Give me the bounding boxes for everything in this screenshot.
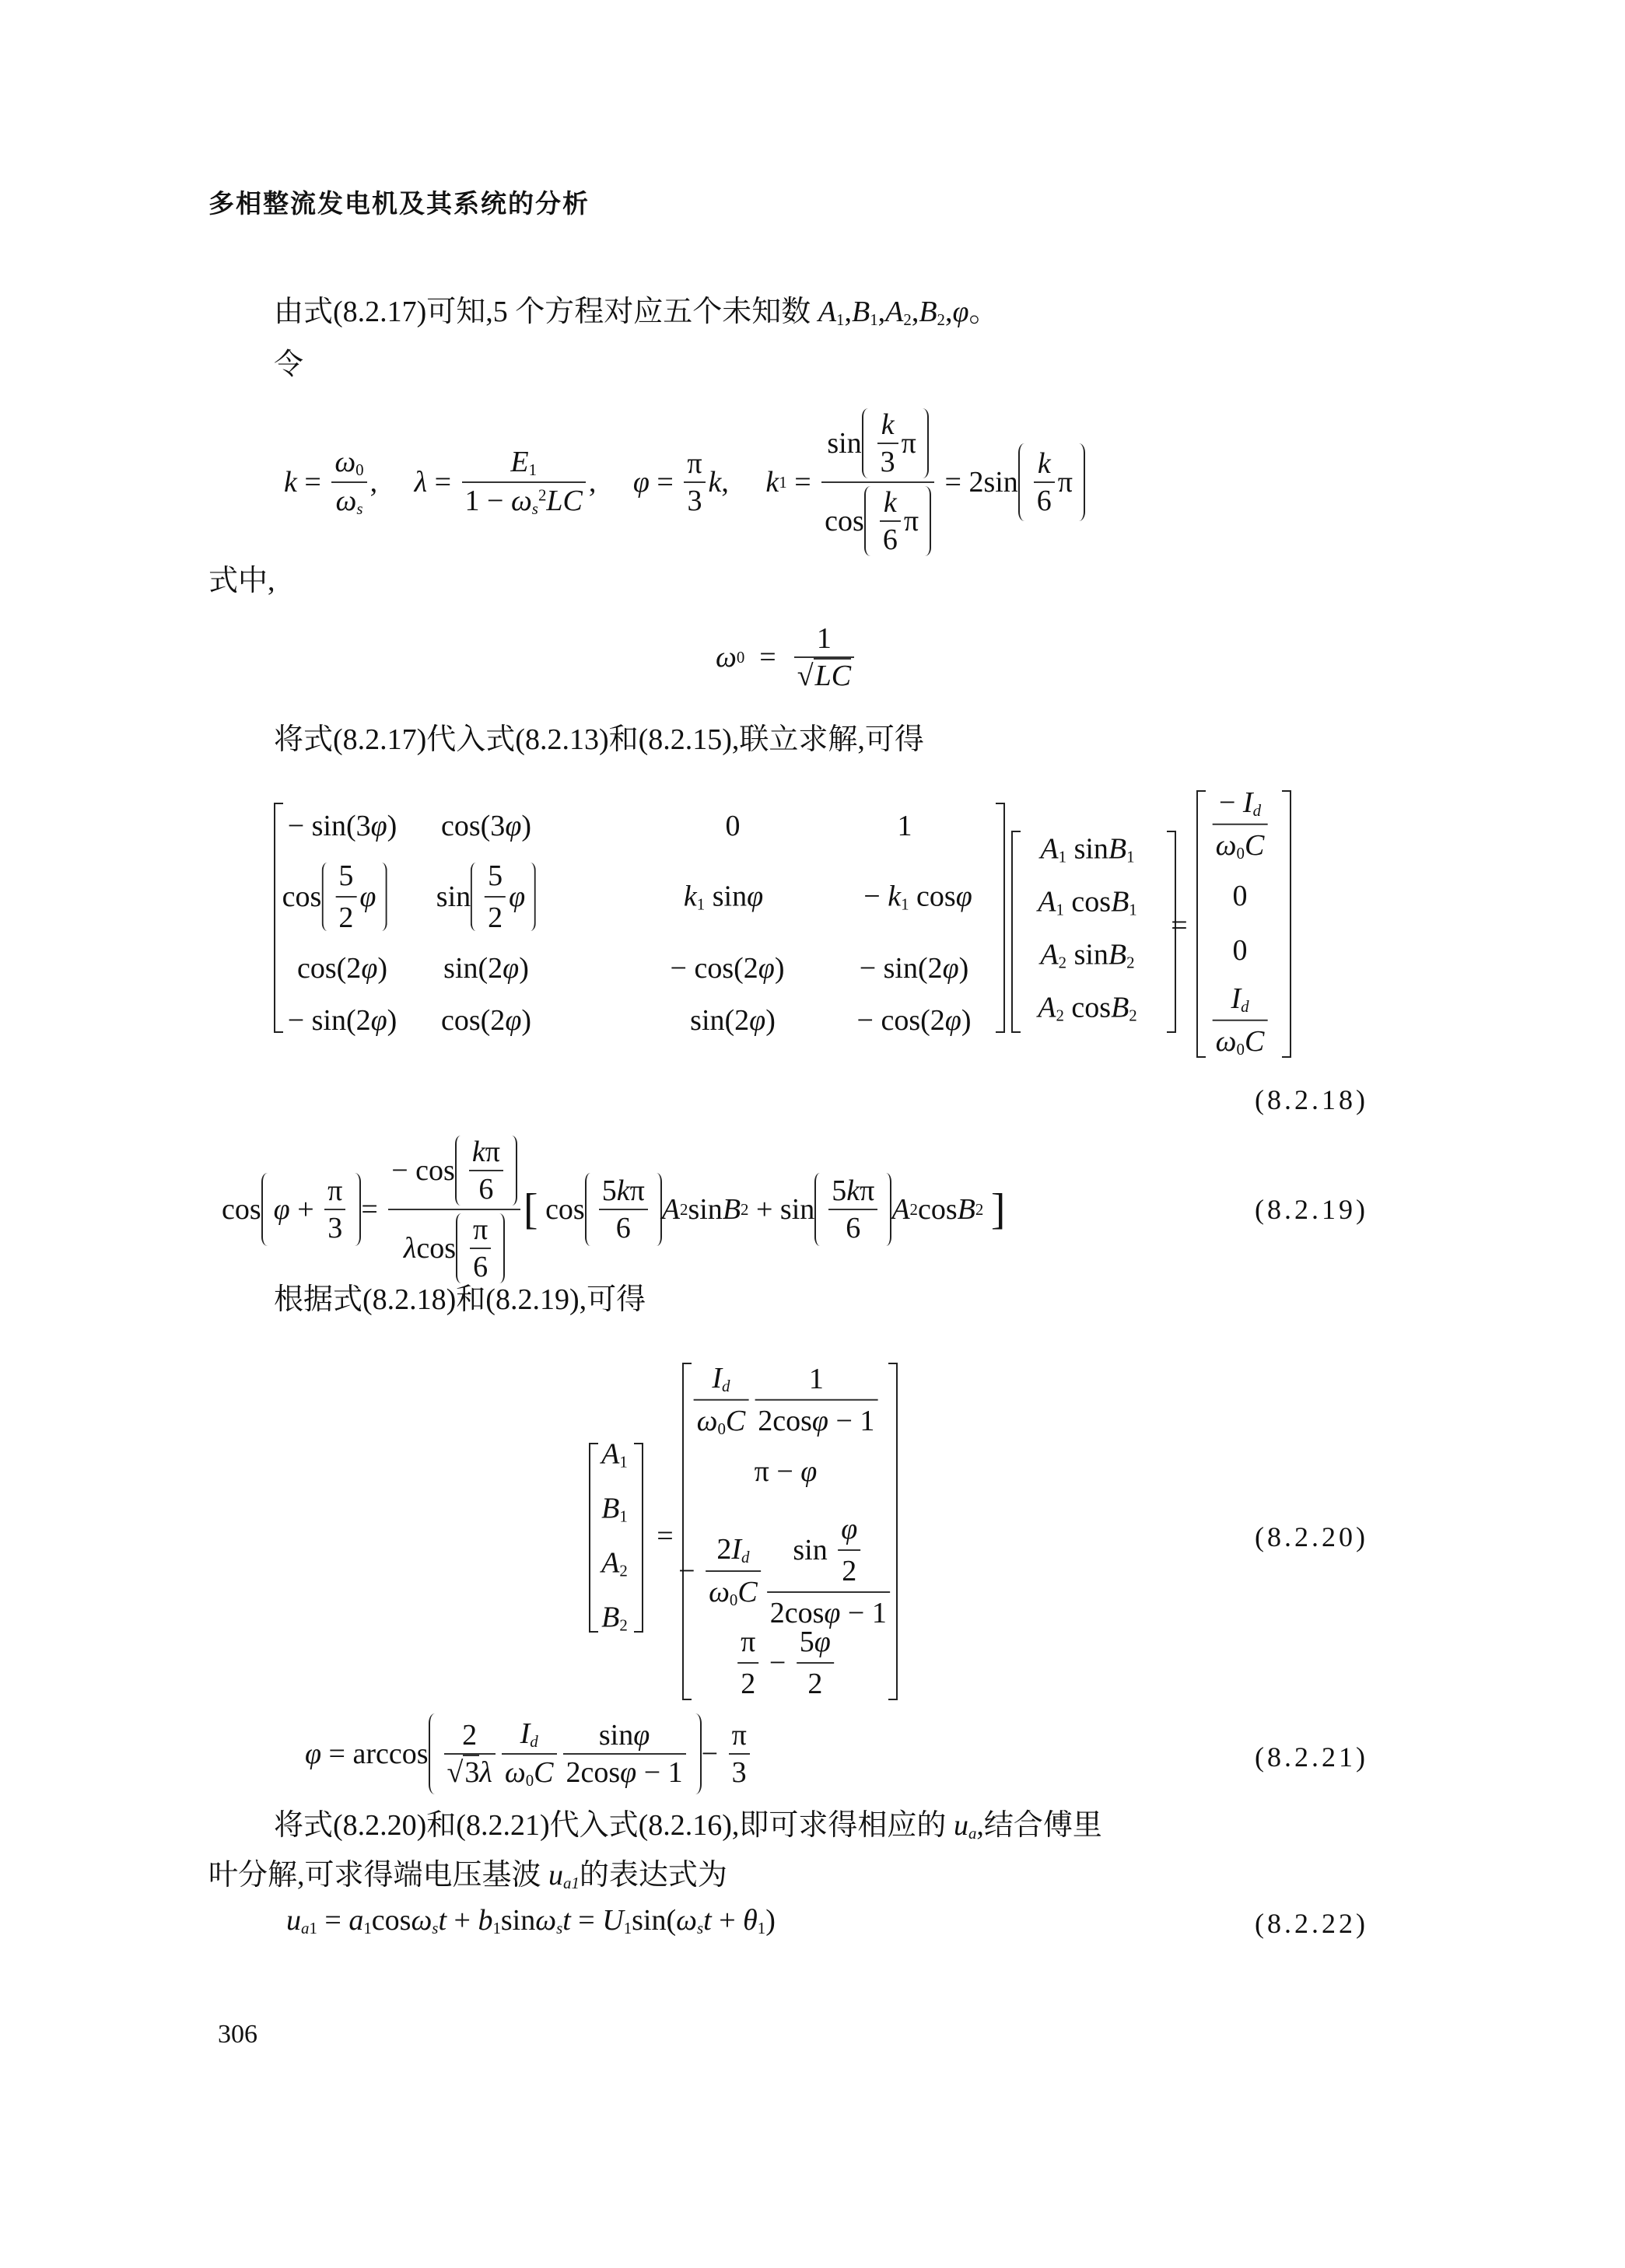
equation-number: (8.2.21) [1255,1741,1368,1773]
paragraph-text: 将式(8.2.20)和(8.2.21)代入式(8.2.16),即可求得相应的 [274,1809,954,1842]
matrix-right-bracket [996,803,1005,1033]
fraction-lambda: E11 − ωs2LC [462,447,586,517]
vector-left-bracket [1011,831,1021,1033]
variable-u: u [954,1809,968,1842]
page-number: 306 [218,2020,257,2049]
paragraph-let: 令 [274,350,303,380]
equation-number: (8.2.22) [1255,1907,1368,1940]
equation-8-2-21: φ = arccos 2√3λ Idω0C sinφ2cosφ − 1 − π3 [305,1703,753,1804]
equation-definitions: k = ω0ωs, λ = E11 − ωs2LC, φ = π3k, k1 =… [284,404,1085,560]
paragraph-unknowns: 由式(8.2.17)可知,5 个方程对应五个未知数 A1,B1,A2,B2,φ。 [274,297,999,328]
paragraph-text: 叶分解,可求得端电压基波 [208,1859,548,1892]
running-header: 多相整流发电机及其系统的分析 [208,184,590,220]
equation-number: (8.2.18) [1255,1083,1368,1116]
fraction-k: ω0ωs [331,447,366,517]
equation-number: (8.2.20) [1255,1521,1368,1553]
subscript: a [968,1824,976,1843]
variable-u: u [548,1859,563,1892]
subscript: a1 [563,1874,580,1892]
equation-8-2-22: ua1 = a1cosωst + b1sinωst = U1sin(ωst + … [286,1906,776,1937]
rhs-left-bracket [1196,790,1206,1058]
paragraph-text: 由式(8.2.17)可知,5 个方程对应五个未知数 [274,296,818,328]
paragraph-where: 式中, [208,566,275,596]
paragraph-substitute: 将式(8.2.17)代入式(8.2.13)和(8.2.15),联立求解,可得 [274,725,924,754]
paragraph-according: 根据式(8.2.18)和(8.2.19),可得 [274,1285,646,1314]
equation-number: (8.2.19) [1255,1193,1368,1226]
equation-omega0: ω0 = 1√LC [716,611,857,704]
fraction-k1: sink3π cosk6π [821,408,934,556]
paragraph-substitute-2: 将式(8.2.20)和(8.2.21)代入式(8.2.16),即可求得相应的 u… [274,1811,1102,1842]
paragraph-fourier: 叶分解,可求得端电压基波 ua1的表达式为 [208,1860,727,1892]
equation-8-2-19: cosφ + π3= − coskπ6 λcosπ6 [ cos5kπ6A2si… [222,1120,1005,1299]
paragraph-text: 的表达式为 [580,1859,727,1892]
fraction-phi: π3 [684,449,705,516]
paragraph-text: ,结合傅里 [976,1809,1102,1842]
rhs-right-bracket [1282,790,1291,1058]
